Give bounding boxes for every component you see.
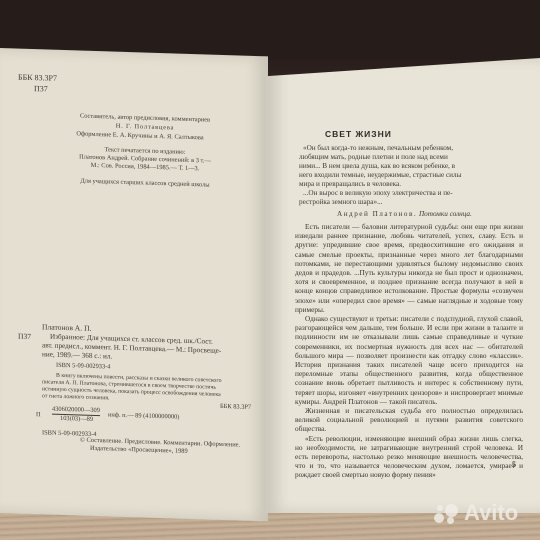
index-denominator: 103(03)—89 bbox=[60, 415, 93, 424]
paragraph: Жизненная и писательская судьба его полн… bbox=[295, 406, 523, 434]
avito-brand: Avito bbox=[464, 500, 518, 526]
book-code: П37 bbox=[34, 84, 48, 94]
attribution-author: Андрей Платонов. bbox=[337, 210, 417, 218]
attribution-work: Потомки солнца. bbox=[419, 210, 472, 218]
copyright-line-2: Издательство «Просвещение», 1989 bbox=[90, 445, 188, 456]
body-text: Есть писатели — баловни литературной суд… bbox=[295, 222, 523, 480]
index-suffix: инф. п.— 89 (4100000000) bbox=[108, 411, 179, 422]
paragraph: Однако существуют и третьи: писатели с п… bbox=[295, 314, 523, 406]
catalog-bbk: ББК 83.3Р7 bbox=[220, 403, 251, 412]
catalog-isbn: ISBN 5-09-002933-4 bbox=[56, 362, 111, 372]
paragraph: Есть писатели — баловни литературной суд… bbox=[295, 222, 523, 314]
catalog-code: П37 bbox=[18, 332, 31, 342]
left-page: ББК 83.3Р7 П37 Составитель, автор предис… bbox=[0, 48, 268, 521]
avito-logo-icon bbox=[434, 503, 460, 523]
bbk-code: ББК 83.3Р7 bbox=[18, 73, 57, 84]
epigraph-line-7: рестройка земного шара»... bbox=[299, 198, 382, 208]
right-page: СВЕТ ЖИЗНИ «Он был когда-то нежным, печа… bbox=[265, 58, 540, 513]
chapter-title: СВЕТ ЖИЗНИ bbox=[325, 130, 392, 140]
avito-watermark: Avito bbox=[434, 500, 518, 526]
audience-note: Для учащихся старших классов средней шко… bbox=[60, 177, 230, 191]
page-number: 5 bbox=[512, 460, 516, 469]
epigraph-attribution: Андрей Платонов. Потомки солнца. bbox=[337, 210, 472, 220]
index-letter: П bbox=[36, 411, 41, 420]
catalog-entry-3: ние, 1989.— 368 с.: ил. bbox=[42, 350, 112, 362]
annotation-4: от гнета ложного сознания. bbox=[42, 393, 109, 403]
paragraph: «Есть революции, изменяющие внешний обра… bbox=[295, 434, 523, 480]
